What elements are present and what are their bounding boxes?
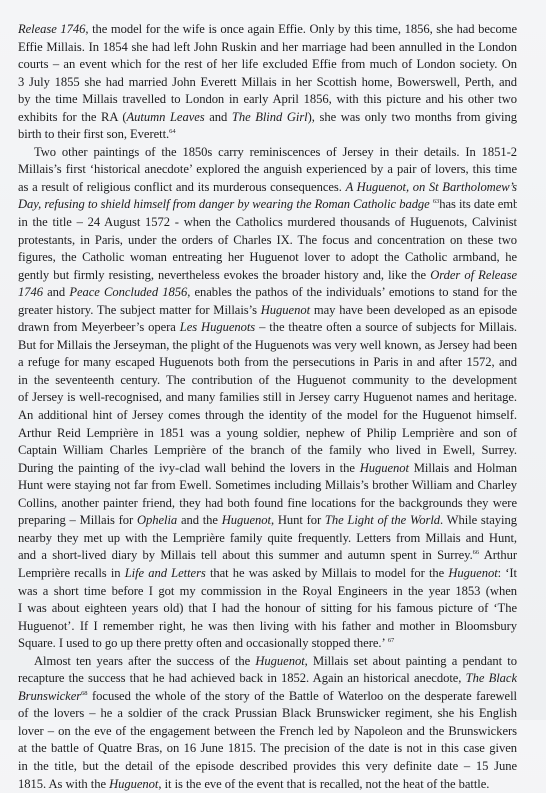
text-run: An additional hint of Jersey comes throu…: [18, 408, 517, 422]
text-run: But for Millais the Jerseyman, the pligh…: [18, 338, 517, 352]
italic-title: Life and Letters: [125, 566, 206, 580]
italic-title: The Black: [466, 671, 517, 685]
text-line: as a result of religious conflict and it…: [18, 179, 517, 197]
text-run: gently but firmly resisting, nevertheles…: [18, 268, 430, 282]
text-line: Effie Millais. In 1854 she had left John…: [18, 39, 517, 57]
text-run: Millais and Holman: [409, 461, 517, 475]
text-line: in the title – 24 August 1572 - when the…: [18, 214, 517, 232]
italic-title: Ophelia: [137, 513, 177, 527]
text-run: and the: [177, 513, 222, 527]
text-line: 1746 and Peace Concluded 1856, enables t…: [18, 284, 517, 302]
text-run: by the time Millais travelled to London …: [18, 92, 517, 106]
italic-title: 1746: [18, 285, 43, 299]
text-line: Captain William Charles Lemprière of the…: [18, 442, 517, 460]
text-line: Collins, another painter friend, they ha…: [18, 495, 517, 513]
italic-title: Huguenot: [261, 303, 310, 317]
text-run: a refuge for many escaped Huguenots both…: [18, 355, 517, 369]
footnote-ref: 64: [169, 128, 175, 135]
text-run: Captain William Charles Lemprière of the…: [18, 443, 517, 457]
text-run: I was about eighteen years old) that I h…: [18, 601, 517, 615]
text-run: may have been developed as an episode: [310, 303, 517, 317]
italic-title: Release 1746: [18, 22, 85, 36]
text-run: has its date embedded: [439, 197, 517, 211]
text-line: I was about eighteen years old) that I h…: [18, 600, 517, 618]
text-run: Two other paintings of the 1850s carry r…: [34, 145, 517, 159]
text-run: drawn from Meyerbeer’s opera: [18, 320, 180, 334]
text-run: focused the whole of the story of the Ba…: [88, 689, 517, 703]
text-run: Hunt were staying not far from Ewell. So…: [18, 478, 517, 492]
text-run: of Jersey is well-recognised, and many f…: [18, 390, 517, 404]
text-line: But for Millais the Jerseyman, the pligh…: [18, 337, 517, 355]
text-run: : ‘It: [498, 566, 517, 580]
text-run: , the model for the wife is once again E…: [85, 22, 517, 36]
italic-title: Brunswicker: [18, 689, 81, 703]
text-run: in the seventeenth century. The contribu…: [18, 373, 517, 387]
italic-title: The Blind Girl: [232, 110, 308, 124]
text-run: Effie Millais. In 1854 she had left John…: [18, 40, 517, 54]
text-run: Lemprière recalls in: [18, 566, 125, 580]
italic-title: Order of Release: [430, 268, 517, 282]
italic-title: Peace Concluded 1856: [69, 285, 187, 299]
text-run: exhibits for the RA (: [18, 110, 126, 124]
text-run: Arthur Reid Lemprière in 1851 was a youn…: [18, 426, 517, 440]
text-line: birth to their first son, Everett.64: [18, 126, 517, 144]
text-run: Arthur: [479, 548, 517, 562]
text-line: greater history. The subject matter for …: [18, 302, 517, 320]
text-line: Hunt were staying not far from Ewell. So…: [18, 477, 517, 495]
text-run: During the painting of the ivy-clad wall…: [18, 461, 360, 475]
text-run: and: [205, 110, 232, 124]
text-line: of Jersey is well-recognised, and many f…: [18, 389, 517, 407]
text-run: – the theatre often a source of subjects…: [255, 320, 517, 334]
text-run: 3 July 1855 she had married John Everett…: [18, 75, 517, 89]
book-page-body: Release 1746, the model for the wife is …: [18, 21, 517, 720]
text-line: Huguenot’. If I remember right, he was t…: [18, 618, 517, 636]
italic-title: Huguenot: [360, 461, 409, 475]
text-run: as a result of religious conflict and it…: [18, 180, 346, 194]
text-line: by the time Millais travelled to London …: [18, 91, 517, 109]
text-line: Release 1746, the model for the wife is …: [18, 21, 517, 39]
text-line: drawn from Meyerbeer’s opera Les Hugueno…: [18, 319, 517, 337]
text-run: Square. I used to go up there pretty oft…: [18, 636, 388, 650]
italic-title: Autumn Leaves: [126, 110, 204, 124]
text-line: in the seventeenth century. The contribu…: [18, 372, 517, 390]
text-run: courts – an event which for the rest of …: [18, 57, 517, 71]
text-run: figures, the Catholic woman entreating h…: [18, 250, 517, 264]
text-run: and: [43, 285, 69, 299]
text-run: protestants, in Paris, under the orders …: [18, 233, 517, 247]
italic-title: The Light of the World: [325, 513, 440, 527]
italic-title: Les Huguenots: [180, 320, 255, 334]
text-run: Almost ten years after the success of th…: [34, 654, 255, 668]
text-line: exhibits for the RA (Autumn Leaves and T…: [18, 109, 517, 127]
text-line: Square. I used to go up there pretty oft…: [18, 635, 517, 653]
text-line: 3 July 1855 she had married John Everett…: [18, 74, 517, 92]
footnote-ref: 67: [388, 637, 394, 644]
text-line: Millais’s first ‘historical anecdote’ ex…: [18, 161, 517, 179]
text-run: birth to their first son, Everett.: [18, 127, 169, 141]
text-line: recapture the success that he had achiev…: [18, 670, 517, 688]
italic-title: A Huguenot, on St Bartholomew’s: [346, 180, 517, 194]
text-run: that he was asked by Millais to model fo…: [206, 566, 449, 580]
italic-title: Huguenot: [448, 566, 497, 580]
text-run: Millais’s first ‘historical anecdote’ ex…: [18, 162, 517, 176]
italic-title: Huguenot: [255, 654, 304, 668]
text-line: During the painting of the ivy-clad wall…: [18, 460, 517, 478]
text-run: ), she was only two months from giving: [308, 110, 517, 124]
text-line: figures, the Catholic woman entreating h…: [18, 249, 517, 267]
text-line: of the lovers – he a soldier of the crac…: [18, 705, 517, 720]
text-run: Huguenot’. If I remember right, he was t…: [18, 619, 517, 633]
text-run: , Millais set about painting a pendant t…: [305, 654, 517, 668]
text-line: courts – an event which for the rest of …: [18, 56, 517, 74]
text-line: Almost ten years after the success of th…: [18, 653, 517, 671]
text-run: , Hunt for: [271, 513, 325, 527]
text-run: , enables the pathos of the individuals’…: [187, 285, 517, 299]
text-line: Day, refusing to shield himself from dan…: [18, 196, 517, 214]
text-run: preparing – Millais for: [18, 513, 137, 527]
text-line: Brunswicker68 focused the whole of the s…: [18, 688, 517, 706]
text-run: Collins, another painter friend, they ha…: [18, 496, 517, 510]
text-line: Arthur Reid Lemprière in 1851 was a youn…: [18, 425, 517, 443]
text-line: was a short time before I got my commiss…: [18, 583, 517, 601]
text-run: of the lovers – he a soldier of the crac…: [18, 706, 517, 720]
text-run: was a short time before I got my commiss…: [18, 584, 517, 598]
text-line: An additional hint of Jersey comes throu…: [18, 407, 517, 425]
text-line: Two other paintings of the 1850s carry r…: [18, 144, 517, 162]
text-line: and a short-lived diary by Millais tell …: [18, 547, 517, 565]
text-run: nearby they met up with the Lemprière fa…: [18, 531, 517, 545]
text-line: nearby they met up with the Lemprière fa…: [18, 530, 517, 548]
text-run: greater history. The subject matter for …: [18, 303, 261, 317]
text-line: Lemprière recalls in Life and Letters th…: [18, 565, 517, 583]
text-line: protestants, in Paris, under the orders …: [18, 232, 517, 250]
text-run: . While staying: [440, 513, 517, 527]
text-line: preparing – Millais for Ophelia and the …: [18, 512, 517, 530]
italic-title: Huguenot: [222, 513, 271, 527]
text-line: a refuge for many escaped Huguenots both…: [18, 354, 517, 372]
text-run: and a short-lived diary by Millais tell …: [18, 548, 473, 562]
text-run: in the title – 24 August 1572 - when the…: [18, 215, 517, 229]
italic-title: Day, refusing to shield himself from dan…: [18, 197, 433, 211]
text-run: recapture the success that he had achiev…: [18, 671, 466, 685]
text-line: gently but firmly resisting, nevertheles…: [18, 267, 517, 285]
